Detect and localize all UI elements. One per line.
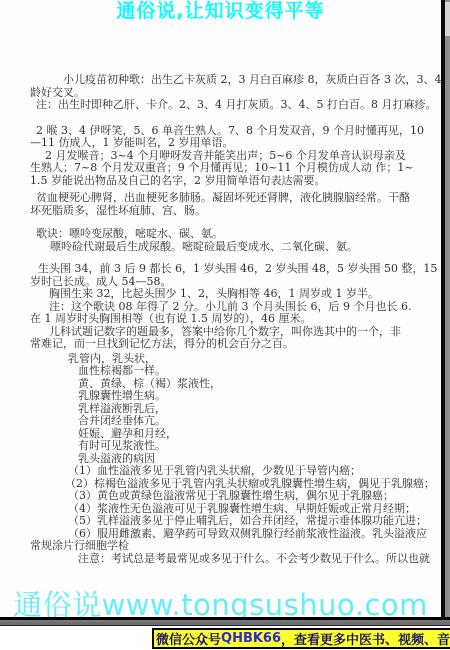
doc-line: 嘌呤硷代谢最后生成尿酸。嘧啶硷最后变成水、二氧化碳、氨。 <box>30 241 434 254</box>
promo-prefix: 微信公众号 <box>156 629 221 648</box>
doc-line: 胸围生来 32，比起头围少 1、2，头胸相等 46，1 周岁或 1 岁半。 <box>30 288 434 301</box>
paragraph: 乳管内，乳头状，血性棕褐都一样。黄、黄绿、棕（褐）浆液性，乳腺囊性增生病。乳样溢… <box>30 353 434 566</box>
document-body: 小儿疫苗初种歌：出生乙卡灰质 2，3 月白百麻疹 8，灰质白百各 3 次，3、4… <box>30 74 434 565</box>
doc-line: 常规涂片行细胞学检 <box>30 540 434 553</box>
paragraph: 贫血梗死心脾肾，出血梗死多肺肠。凝固坏死还肾脾，液化胰腺脑经常。干酪坏死脂质多，… <box>30 192 434 217</box>
doc-line: 坏死脂质多，湿性坏疽肺、宫、肠。 <box>30 205 434 218</box>
paragraph: 小儿疫苗初种歌：出生乙卡灰质 2，3 月白百麻疹 8，灰质白百各 3 次，3、4… <box>30 74 434 112</box>
doc-line: （1）血性溢液多见于乳管内乳头状瘤，少数见于导管内癌； <box>30 465 434 478</box>
doc-line: 合并闭经垂体亢。 <box>30 415 434 428</box>
doc-line: （3）黄色或黄绿色溢液常见于乳腺囊性增生病，偶尔见于乳腺癌； <box>30 490 434 503</box>
promo-banner: 微信公众号QHBK66，查看更多中医书、视频、音频 <box>152 628 450 649</box>
paragraph: 生头围 34，前 3 后 9 都长 6，1 岁头围 46，2 岁头围 48，5 … <box>30 263 434 351</box>
bottom-strip: 微信公众号QHBK66，查看更多中医书、视频、音频 <box>0 626 450 650</box>
doc-line: 生头围 34，前 3 后 9 都长 6，1 岁头围 46，2 岁头围 48，5 … <box>30 263 434 276</box>
paragraph: 歌诀：嘌呤变尿酸，嘧啶水、碳、氨。嘌呤硷代谢最后生成尿酸。嘧啶硷最后变成水、二氧… <box>30 228 434 253</box>
doc-line: 贫血梗死心脾肾，出血梗死多肺肠。凝固坏死还肾脾，液化胰腺脑经常。干酪 <box>30 192 434 205</box>
doc-line: 注意：考试总是考最常见或多见于什么。不会考少数见于什么。所以也就 <box>30 553 434 566</box>
doc-line: 常难记，而一旦找到记忆方法，得分的机会百分之百。 <box>30 338 434 351</box>
doc-line: （5）乳样溢液多见于停止哺乳后，如合并闭经，常提示垂体腺功能亢进； <box>30 515 434 528</box>
doc-line: 注：出生时即种乙肝、卡介。2、3、4 月打灰质。3、4、5 打白百。8 月打麻疹… <box>30 99 434 112</box>
viewer-window: 通俗说,让知识变得平等 小儿疫苗初种歌：出生乙卡灰质 2，3 月白百麻疹 8，灰… <box>0 0 450 650</box>
paragraph: 2 喉 3、4 伊呀笑，5、6 单音生熟人。7、8 个月发双音，9 个月时懂再见… <box>30 125 434 188</box>
promo-code: QHBK66 <box>221 631 281 646</box>
doc-line: 小儿疫苗初种歌：出生乙卡灰质 2，3 月白百麻疹 8，灰质白百各 3 次，3、4… <box>30 74 434 87</box>
vertical-scrollbar-thumb[interactable] <box>445 2 450 36</box>
window-bottom-border <box>0 617 450 626</box>
vertical-scrollbar-track[interactable] <box>445 0 450 620</box>
watermark-text: 通俗说www.tongsushuo.com <box>0 583 441 617</box>
page-title: 通俗说,让知识变得平等 <box>0 0 441 23</box>
doc-line: 歌诀：嘌呤变尿酸，嘧啶水、碳、氨。 <box>30 228 434 241</box>
doc-line: —11 仿成人，1 岁能叫名，2 岁用单语。 <box>30 137 434 150</box>
doc-line: 生熟人；7~8 个月发双重音；9 个月懂再见；10~11 个月模仿成人动 作；1… <box>30 162 434 175</box>
doc-line: 有时可见浆液性。 <box>30 440 434 453</box>
doc-line: 1.5 岁能说出物品及自己的名字，2 岁用简单语句表达需要。 <box>30 175 434 188</box>
doc-line: 乳腺囊性增生病。 <box>30 390 434 403</box>
promo-suffix: ，查看更多中医书、视频、音频 <box>281 629 450 648</box>
doc-line: 在 1 周岁时头胸围相等（也有说 1.5 周岁的），46 厘米。 <box>30 313 434 326</box>
document-page: 通俗说,让知识变得平等 小儿疫苗初种歌：出生乙卡灰质 2，3 月白百麻疹 8，灰… <box>0 0 441 617</box>
doc-line: 血性棕褐都一样。 <box>30 365 434 378</box>
